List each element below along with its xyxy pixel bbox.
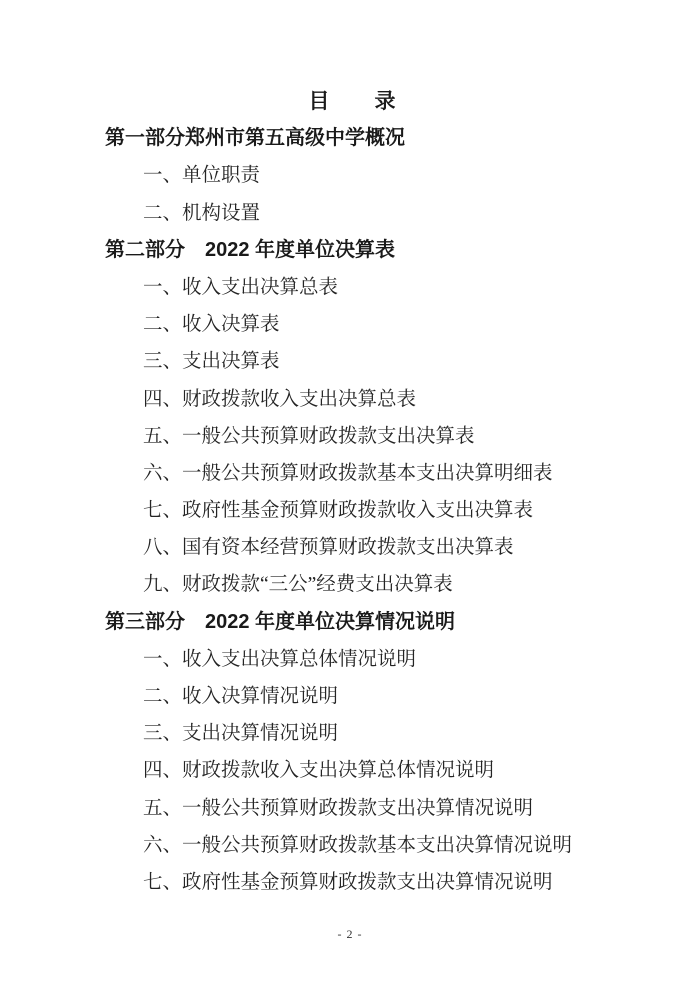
toc-item: 六、一般公共预算财政拨款基本支出决算情况说明 <box>105 827 600 864</box>
toc-item: 三、支出决算表 <box>105 343 600 380</box>
toc-item: 五、一般公共预算财政拨款支出决算表 <box>105 418 600 455</box>
toc-item: 四、财政拨款收入支出决算总表 <box>105 381 600 418</box>
toc-section-heading: 第三部分 2022 年度单位决算情况说明 <box>105 604 600 641</box>
toc-item: 六、一般公共预算财政拨款基本支出决算明细表 <box>105 455 600 492</box>
toc-section-heading: 第二部分 2022 年度单位决算表 <box>105 232 600 269</box>
toc-item: 三、支出决算情况说明 <box>105 715 600 752</box>
document-page: 目 录 第一部分郑州市第五高级中学概况 一、单位职责 二、机构设置 第二部分 2… <box>0 0 700 989</box>
toc-item: 四、财政拨款收入支出决算总体情况说明 <box>105 752 600 789</box>
page-title: 目 录 <box>105 83 600 120</box>
toc-item: 一、单位职责 <box>105 157 600 194</box>
toc-item: 二、收入决算情况说明 <box>105 678 600 715</box>
toc-item: 八、国有资本经营预算财政拨款支出决算表 <box>105 529 600 566</box>
page-number: - 2 - <box>0 927 700 942</box>
toc-item: 一、收入支出决算总表 <box>105 269 600 306</box>
toc-content: 目 录 第一部分郑州市第五高级中学概况 一、单位职责 二、机构设置 第二部分 2… <box>105 83 600 901</box>
toc-item: 二、收入决算表 <box>105 306 600 343</box>
toc-item: 七、政府性基金预算财政拨款收入支出决算表 <box>105 492 600 529</box>
toc-section-heading: 第一部分郑州市第五高级中学概况 <box>105 120 600 157</box>
toc-item: 一、收入支出决算总体情况说明 <box>105 641 600 678</box>
toc-item: 二、机构设置 <box>105 195 600 232</box>
toc-item: 五、一般公共预算财政拨款支出决算情况说明 <box>105 790 600 827</box>
toc-item: 七、政府性基金预算财政拨款支出决算情况说明 <box>105 864 600 901</box>
toc-item: 九、财政拨款“三公”经费支出决算表 <box>105 566 600 603</box>
